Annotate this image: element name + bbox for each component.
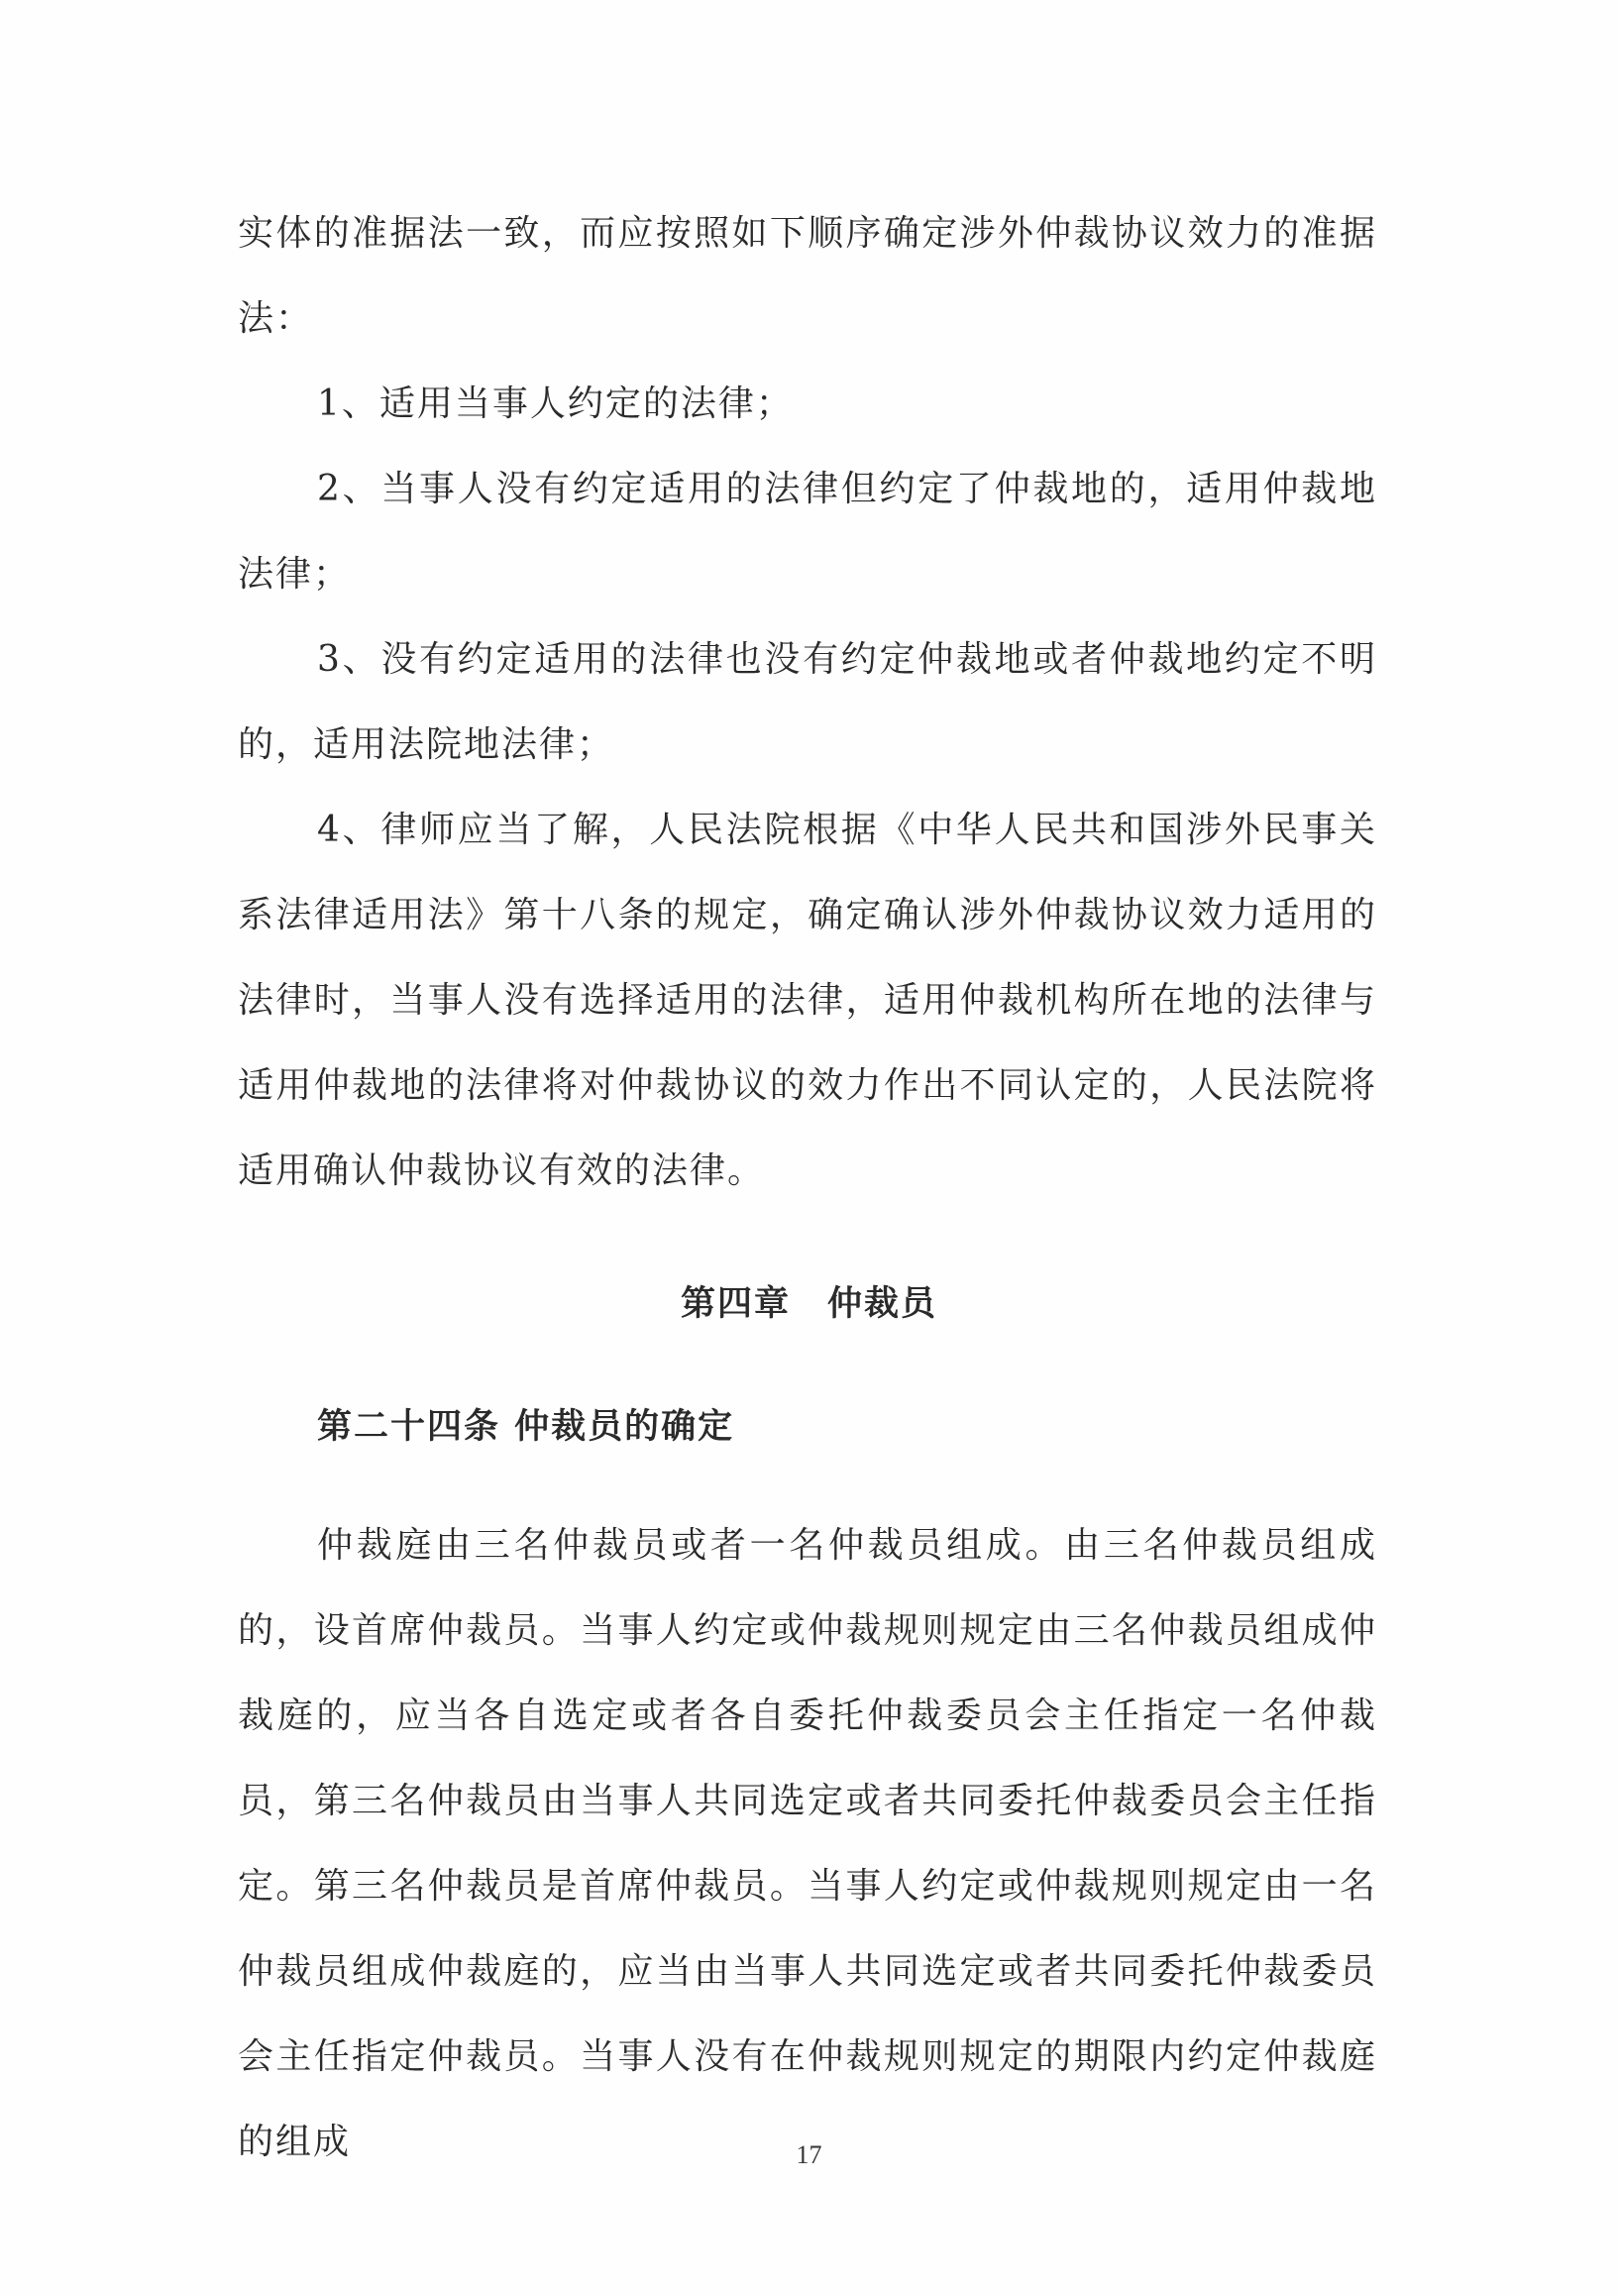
list-item-4: 4、律师应当了解，人民法院根据《中华人民共和国涉外民事关系法律适用法》第十八条的… [238,788,1377,1214]
chapter-heading: 第四章 仲裁员 [0,1276,1618,1326]
paragraph-arbitrator-appointment: 仲裁庭由三名仲裁员或者一名仲裁员组成。由三名仲裁员组成的，设首席仲裁员。当事人约… [238,1503,1377,2185]
page-number: 17 [0,2140,1618,2170]
list-item-2: 2、当事人没有约定适用的法律但约定了仲裁地的，适用仲裁地法律； [238,447,1377,617]
continued-section: 实体的准据法一致，而应按照如下顺序确定涉外仲裁协议效力的准据法： 1、适用当事人… [238,191,1377,1214]
list-item-1: 1、适用当事人约定的法律； [238,362,1377,447]
document-page: 实体的准据法一致，而应按照如下顺序确定涉外仲裁协议效力的准据法： 1、适用当事人… [0,0,1618,2296]
paragraph-governing-law-intro: 实体的准据法一致，而应按照如下顺序确定涉外仲裁协议效力的准据法： [238,191,1377,362]
list-item-3: 3、没有约定适用的法律也没有约定仲裁地或者仲裁地约定不明的，适用法院地法律； [238,617,1377,788]
article-body: 仲裁庭由三名仲裁员或者一名仲裁员组成。由三名仲裁员组成的，设首席仲裁员。当事人约… [238,1503,1377,2185]
article-heading: 第二十四条 仲裁员的确定 [317,1399,734,1449]
